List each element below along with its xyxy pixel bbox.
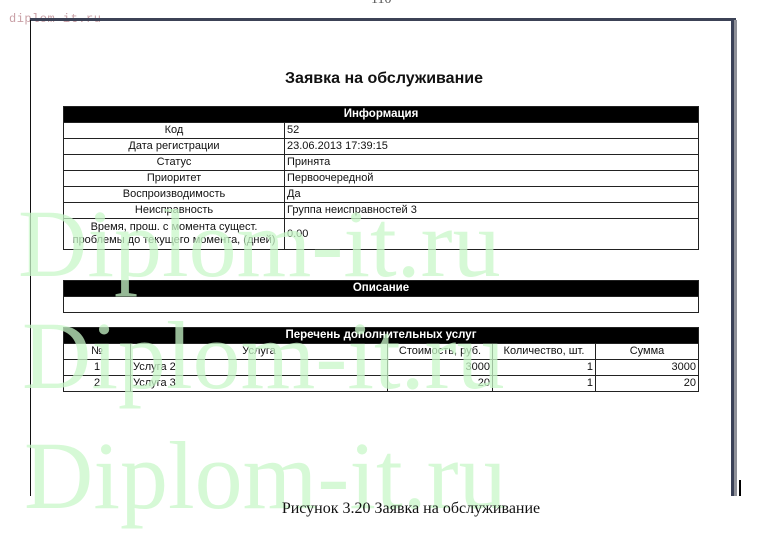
service-cost: 3000 [388, 360, 493, 376]
info-label: Воспроизводимость [64, 187, 285, 203]
document-title: Заявка на обслуживание [0, 70, 768, 88]
column-header: Количество, шт. [493, 344, 596, 360]
info-value: 52 [285, 123, 699, 139]
figure-caption: Рисунок 3.20 Заявка на обслуживание [0, 500, 768, 518]
description-header: Описание [64, 281, 699, 297]
info-value: Группа неисправностей 3 [285, 203, 699, 219]
table-row: Код52 [64, 123, 699, 139]
page-number: 110 [371, 0, 391, 8]
column-header: № [64, 344, 131, 360]
service-qty: 1 [493, 376, 596, 392]
table-row: НеисправностьГруппа неисправностей 3 [64, 203, 699, 219]
column-header: Стоимость, руб. [388, 344, 493, 360]
description-value [64, 297, 699, 313]
service-no: 2 [64, 376, 131, 392]
info-value: Принята [285, 155, 699, 171]
column-header: Сумма [596, 344, 699, 360]
page-frame-left [30, 20, 31, 496]
page-frame-right [731, 20, 734, 496]
service-sum: 3000 [596, 360, 699, 376]
service-name: Услуга 3 [131, 376, 388, 392]
info-label: Статус [64, 155, 285, 171]
page-frame-shadow [734, 20, 737, 496]
table-row: ВоспроизводимостьДа [64, 187, 699, 203]
info-label: Дата регистрации [64, 139, 285, 155]
table-row: Время, прош. с момента сущест. проблемы … [64, 219, 699, 250]
table-row: Дата регистрации23.06.2013 17:39:15 [64, 139, 699, 155]
service-no: 1 [64, 360, 131, 376]
page-frame-top [30, 18, 736, 21]
description-table: Описание [63, 280, 699, 313]
table-row: СтатусПринята [64, 155, 699, 171]
info-header: Информация [64, 107, 699, 123]
info-label: Код [64, 123, 285, 139]
info-value: Первоочередной [285, 171, 699, 187]
info-value: 23.06.2013 17:39:15 [285, 139, 699, 155]
info-value: 0.00 [285, 219, 699, 250]
table-row: 2 Услуга 3 20 1 20 [64, 376, 699, 392]
service-sum: 20 [596, 376, 699, 392]
info-label: Неисправность [64, 203, 285, 219]
info-label: Время, прош. с момента сущест. проблемы … [64, 219, 285, 250]
info-value: Да [285, 187, 699, 203]
services-table: Перечень дополнительных услуг № Услуга С… [63, 327, 699, 392]
page-frame-tick [739, 480, 741, 496]
table-row: 1 Услуга 2 3000 1 3000 [64, 360, 699, 376]
service-name: Услуга 2 [131, 360, 388, 376]
table-row: ПриоритетПервоочередной [64, 171, 699, 187]
info-table: Информация Код52 Дата регистрации23.06.2… [63, 106, 699, 250]
info-label: Приоритет [64, 171, 285, 187]
service-cost: 20 [388, 376, 493, 392]
service-qty: 1 [493, 360, 596, 376]
column-header: Услуга [131, 344, 388, 360]
services-header: Перечень дополнительных услуг [64, 328, 699, 344]
